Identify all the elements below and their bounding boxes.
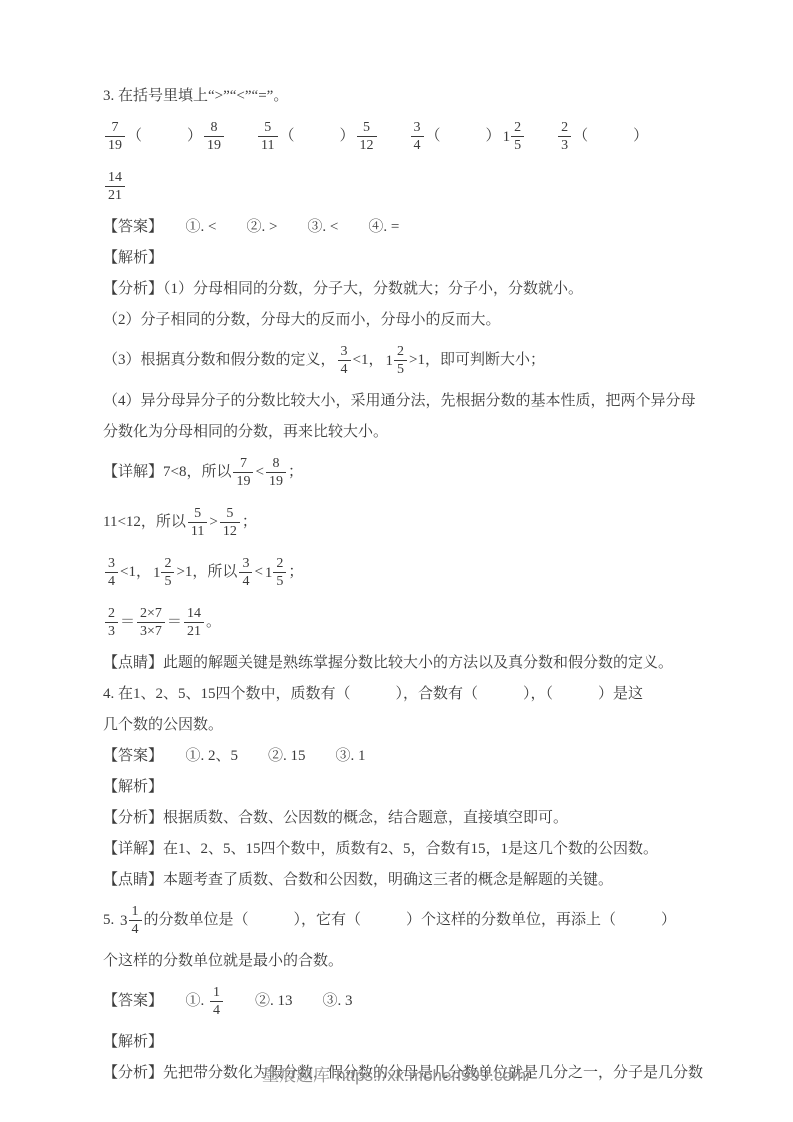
text-run: 【解析】: [103, 250, 163, 266]
q4-analysis: 【分析】根据质数、合数、公因数的概念，结合题意，直接填空即可。: [103, 808, 723, 828]
fraction: 511: [258, 119, 277, 154]
q4-analysis-header: 【解析】: [103, 777, 723, 797]
fraction-denominator: 5: [161, 572, 174, 590]
fraction-stack: 511: [188, 505, 207, 540]
fraction-stack: 512: [357, 119, 377, 154]
fraction-stack: 34: [239, 555, 252, 590]
text-run: [379, 128, 409, 144]
text-run: 5.: [103, 912, 118, 928]
fraction: 719: [105, 119, 125, 154]
text-run: 4. 在1、2、5、15四个数中，质数有（ ），合数有（ ），（ ）是这: [103, 686, 643, 702]
fraction-numerator: 1: [210, 984, 223, 1001]
text-run: <1，: [120, 564, 151, 580]
text-run: 【详解】在1、2、5、15四个数中，质数有2、5，合数有15，1是这几个数的公因…: [103, 841, 658, 857]
text-run: （2）分子相同的分数，分母大的反而小，分母小的反而大。: [103, 312, 501, 328]
text-run: 个这样的分数单位就是最小的合数。: [103, 953, 343, 969]
q3-keypoint: 【点睛】此题的解题关键是熟练掌握分数比较大小的方法以及真分数和假分数的定义。: [103, 653, 723, 673]
text-run: ；: [288, 564, 303, 580]
text-run: （ ）: [426, 128, 501, 144]
text-run: （4）异分母异分子的分数比较大小，采用通分法，先根据分数的基本性质，把两个异分母: [103, 393, 696, 409]
fraction-numerator: 14: [184, 605, 204, 622]
q4-keypoint: 【点睛】本题考查了质数、合数和公因数，明确这三者的概念是解题的关键。: [103, 870, 723, 890]
fraction-stack: 34: [105, 555, 118, 590]
fraction-stack: 1421: [105, 169, 125, 204]
fraction-numerator: 5: [357, 119, 377, 136]
text-run: ；: [288, 464, 303, 480]
q3-analysis-3: （3）根据真分数和假分数的定义，34<1，125>1，即可判断大小；: [103, 341, 723, 380]
fraction-denominator: 19: [204, 136, 224, 154]
fraction-stack: 511: [258, 119, 277, 154]
q3-analysis-1: 【分析】（1）分母相同的分数，分子大，分数就大；分子小，分数就小。: [103, 279, 723, 299]
fraction: 819: [204, 119, 224, 154]
fraction-numerator: 3: [338, 343, 351, 360]
fraction-denominator: 4: [105, 572, 118, 590]
mixed-number-whole: 1: [153, 563, 161, 583]
fraction-denominator: 12: [357, 136, 377, 154]
text-run: ＝: [167, 614, 182, 630]
fraction-denominator: 5: [511, 136, 524, 154]
fraction-stack: 1421: [184, 605, 204, 640]
fraction: 23: [105, 605, 118, 640]
document-body: 3. 在括号里填上“>”“<”“=”。719（ ）819 511（ ）512 3…: [0, 0, 793, 1083]
text-run: 。: [206, 614, 221, 630]
fraction: 512: [357, 119, 377, 154]
fraction-numerator: 3: [239, 555, 252, 572]
fraction-numerator: 5: [258, 119, 277, 136]
fraction-stack: 23: [558, 119, 571, 154]
fraction-stack: 14: [129, 903, 142, 938]
fraction: 34: [105, 555, 118, 590]
footer-url: https://xk.mohen999.com/: [336, 1066, 531, 1085]
fraction-denominator: 4: [239, 572, 252, 590]
q3-analysis-header: 【解析】: [103, 248, 723, 268]
text-run: <: [255, 464, 263, 480]
fraction-denominator: 19: [266, 472, 286, 490]
mixed-number-whole: 1: [265, 563, 273, 583]
q4-title-a: 4. 在1、2、5、15四个数中，质数有（ ），合数有（ ），（ ）是这: [103, 684, 723, 704]
fraction: 719: [233, 455, 253, 490]
fraction-denominator: 4: [210, 1001, 223, 1019]
fraction-stack: 512: [220, 505, 240, 540]
fraction-numerator: 3: [411, 119, 424, 136]
fraction-numerator: 3: [105, 555, 118, 572]
mixed-number-whole: 1: [503, 127, 511, 147]
fraction-stack: 719: [233, 455, 253, 490]
fraction: 1421: [105, 169, 125, 204]
fraction-denominator: 4: [338, 360, 351, 378]
text-run: 3. 在括号里填上“>”“<”“=”。: [103, 88, 288, 104]
q4-answer: 【答案】 ①. 2、5 ②. 15 ③. 1: [103, 746, 723, 766]
q4-detail: 【详解】在1、2、5、15四个数中，质数有2、5，合数有15，1是这几个数的公因…: [103, 839, 723, 859]
fraction-stack: 34: [338, 343, 351, 378]
text-run: >1，所以: [176, 564, 237, 580]
fraction: 819: [266, 455, 286, 490]
fraction-stack: 819: [266, 455, 286, 490]
fraction-stack: 25: [394, 343, 407, 378]
fraction-denominator: 4: [129, 920, 142, 938]
text-run: 的分数单位是（ ），它有（ ）个这样的分数单位，再添上（ ）: [144, 912, 677, 928]
q3-expressions: 719（ ）819 511（ ）512 34（ ）125 23（ ）: [103, 117, 723, 156]
q5-title-b: 个这样的分数单位就是最小的合数。: [103, 951, 723, 971]
text-run: 【点睛】本题考查了质数、合数和公因数，明确这三者的概念是解题的关键。: [103, 872, 613, 888]
fraction-denominator: 11: [188, 522, 207, 540]
fraction-numerator: 5: [220, 505, 240, 522]
text-run: 几个数的公因数。: [103, 717, 223, 733]
fraction-denominator: 12: [220, 522, 240, 540]
fraction-stack: 14: [210, 984, 223, 1019]
fraction: 511: [188, 505, 207, 540]
fraction-numerator: 2: [105, 605, 118, 622]
mixed-number: 314: [120, 903, 142, 938]
mixed-number: 125: [503, 119, 525, 154]
q3-expressions-wrap: 1421: [103, 167, 723, 206]
mixed-number-whole: 1: [385, 351, 393, 371]
fraction: 34: [239, 555, 252, 590]
fraction-stack: 719: [105, 119, 125, 154]
text-run: 【分析】（1）分母相同的分数，分子大，分数就大；分子小，分数就小。: [103, 281, 583, 297]
text-run: （ ）: [127, 128, 202, 144]
mixed-number: 125: [385, 343, 407, 378]
fraction-numerator: 2×7: [137, 605, 165, 622]
fraction-numerator: 2: [161, 555, 174, 572]
q3-answer: 【答案】 ①. < ②. > ③. < ④. =: [103, 217, 723, 237]
fraction: 14: [210, 984, 223, 1019]
q3-detail-4: 23＝2×73×7＝1421。: [103, 603, 723, 642]
footer-site-name: 墨痕题库: [262, 1066, 330, 1085]
fraction-numerator: 1: [129, 903, 142, 920]
q3-analysis-4a: （4）异分母异分子的分数比较大小，采用通分法，先根据分数的基本性质，把两个异分母: [103, 391, 723, 411]
text-run: ＝: [120, 614, 135, 630]
q3-title: 3. 在括号里填上“>”“<”“=”。: [103, 86, 723, 106]
text-run: ②. 13 ③. 3: [225, 993, 353, 1009]
fraction: 34: [338, 343, 351, 378]
text-run: <: [254, 564, 262, 580]
fraction-denominator: 19: [105, 136, 125, 154]
fraction-stack: 25: [161, 555, 174, 590]
q4-title-b: 几个数的公因数。: [103, 715, 723, 735]
fraction-numerator: 2: [273, 555, 286, 572]
text-run: 【解析】: [103, 779, 163, 795]
text-run: [526, 128, 556, 144]
text-run: 【分析】根据质数、合数、公因数的概念，结合题意，直接填空即可。: [103, 810, 568, 826]
text-run: >: [209, 514, 217, 530]
fraction-numerator: 2: [558, 119, 571, 136]
fraction-denominator: 21: [105, 186, 125, 204]
fraction: 512: [220, 505, 240, 540]
mixed-number: 125: [153, 555, 175, 590]
fraction-stack: 23: [105, 605, 118, 640]
fraction-denominator: 21: [184, 622, 204, 640]
q3-detail-1: 【详解】7<8，所以719<819；: [103, 453, 723, 492]
fraction-numerator: 7: [233, 455, 253, 472]
text-run: 【答案】 ①.: [103, 993, 208, 1009]
fraction-stack: 25: [511, 119, 524, 154]
text-run: （ ）: [573, 128, 648, 144]
text-run: 【答案】 ①. < ②. > ③. < ④. =: [103, 219, 399, 235]
q3-analysis-4b: 分数化为分母相同的分数，再来比较大小。: [103, 422, 723, 442]
document-page: 3. 在括号里填上“>”“<”“=”。719（ ）819 511（ ）512 3…: [0, 0, 793, 1122]
text-run: >1，即可判断大小；: [409, 352, 545, 368]
mixed-number: 125: [265, 555, 287, 590]
fraction-denominator: 3: [105, 622, 118, 640]
q5-analysis-header: 【解析】: [103, 1032, 723, 1052]
q3-detail-2: 11<12，所以511>512；: [103, 503, 723, 542]
text-run: <1，: [353, 352, 384, 368]
fraction-stack: 2×73×7: [137, 605, 165, 640]
fraction: 2×73×7: [137, 605, 165, 640]
fraction-stack: 34: [411, 119, 424, 154]
fraction-denominator: 3×7: [137, 622, 165, 640]
fraction-denominator: 11: [258, 136, 277, 154]
text-run: 分数化为分母相同的分数，再来比较大小。: [103, 424, 388, 440]
page-footer: 墨痕题库https://xk.mohen999.com/: [0, 1061, 793, 1086]
fraction: 1421: [184, 605, 204, 640]
fraction: 34: [411, 119, 424, 154]
text-run: （ ）: [280, 128, 355, 144]
fraction: 23: [558, 119, 571, 154]
fraction-numerator: 8: [266, 455, 286, 472]
fraction-numerator: 14: [105, 169, 125, 186]
text-run: [226, 128, 256, 144]
fraction-denominator: 19: [233, 472, 253, 490]
fraction-stack: 819: [204, 119, 224, 154]
mixed-number-whole: 3: [120, 911, 128, 931]
fraction-denominator: 4: [411, 136, 424, 154]
text-run: 【详解】7<8，所以: [103, 464, 231, 480]
fraction-numerator: 5: [188, 505, 207, 522]
text-run: （3）根据真分数和假分数的定义，: [103, 352, 336, 368]
fraction-denominator: 5: [273, 572, 286, 590]
q5-answer: 【答案】 ①. 14 ②. 13 ③. 3: [103, 982, 723, 1021]
text-run: 【点睛】此题的解题关键是熟练掌握分数比较大小的方法以及真分数和假分数的定义。: [103, 655, 673, 671]
q5-title-a: 5. 314的分数单位是（ ），它有（ ）个这样的分数单位，再添上（ ）: [103, 901, 723, 940]
fraction-numerator: 2: [511, 119, 524, 136]
fraction-numerator: 8: [204, 119, 224, 136]
fraction-stack: 25: [273, 555, 286, 590]
q3-detail-3: 34<1，125>1，所以34<125；: [103, 553, 723, 592]
fraction-denominator: 5: [394, 360, 407, 378]
text-run: 【解析】: [103, 1034, 163, 1050]
fraction-numerator: 7: [105, 119, 125, 136]
text-run: ；: [242, 514, 257, 530]
fraction-numerator: 2: [394, 343, 407, 360]
q3-analysis-2: （2）分子相同的分数，分母大的反而小，分母小的反而大。: [103, 310, 723, 330]
text-run: 11<12，所以: [103, 514, 186, 530]
text-run: 【答案】 ①. 2、5 ②. 15 ③. 1: [103, 748, 366, 764]
fraction-denominator: 3: [558, 136, 571, 154]
